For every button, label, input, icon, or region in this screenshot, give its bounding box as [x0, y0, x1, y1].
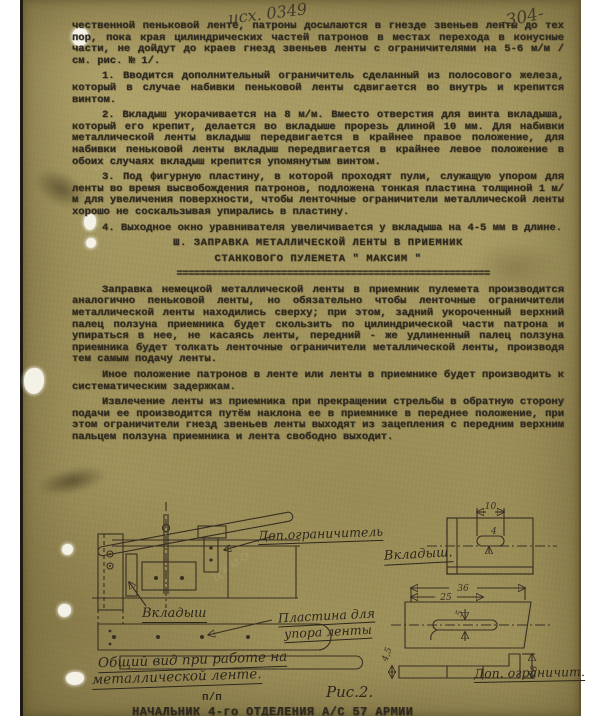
paragraph: Заправка немецкой металлической ленты в …: [72, 285, 564, 366]
paragraph: Извлечение ленты из приемника при прекра…: [72, 397, 564, 443]
svg-text:10: 10: [485, 502, 497, 512]
paragraph: 3. Под фигурную пластину, в которой прох…: [72, 172, 564, 218]
figure-number: Рис.2.: [326, 683, 373, 701]
label-vkladysh-left: Вкладыш: [142, 606, 207, 623]
svg-text:4: 4: [490, 527, 497, 537]
label-vkladysh-right: Вкладыш.: [384, 545, 453, 566]
footer-pp: п/п: [202, 692, 222, 704]
svg-text:5: 5: [454, 609, 465, 618]
section-heading-line2: СТАНКОВОГО ПУЛЕМЕТА " МАКСИМ ": [72, 254, 564, 266]
scan-bottom-edge: [0, 716, 600, 722]
paragraph: чественной пеньковой ленте, патроны досы…: [72, 21, 564, 67]
document-body-text: чественной пеньковой ленте, патроны досы…: [72, 21, 564, 448]
section-heading-line1: Ш. ЗАПРАВКА МЕТАЛЛИЧЕСКОЙ ЛЕНТЫ В ПРИЕМН…: [72, 238, 564, 250]
paragraph: 2. Вкладыш укорачивается на 8 м/м. Вмест…: [72, 110, 564, 168]
paragraph: 4. Выходное окно уравнивателя увеличивае…: [72, 223, 564, 235]
paragraph: Иное положение патронов в ленте или лент…: [72, 370, 564, 393]
svg-text:36: 36: [457, 584, 469, 594]
heading-underline: ========================================…: [72, 269, 564, 281]
paragraph: 1. Вводится дополнительный ограничитель …: [72, 71, 564, 106]
label-dop-ogranichit: Доп. ограничит.: [474, 664, 585, 683]
scanned-document-page: { "annotations": { "top_left_pencil": "и…: [0, 0, 600, 722]
svg-text:25: 25: [439, 593, 452, 603]
